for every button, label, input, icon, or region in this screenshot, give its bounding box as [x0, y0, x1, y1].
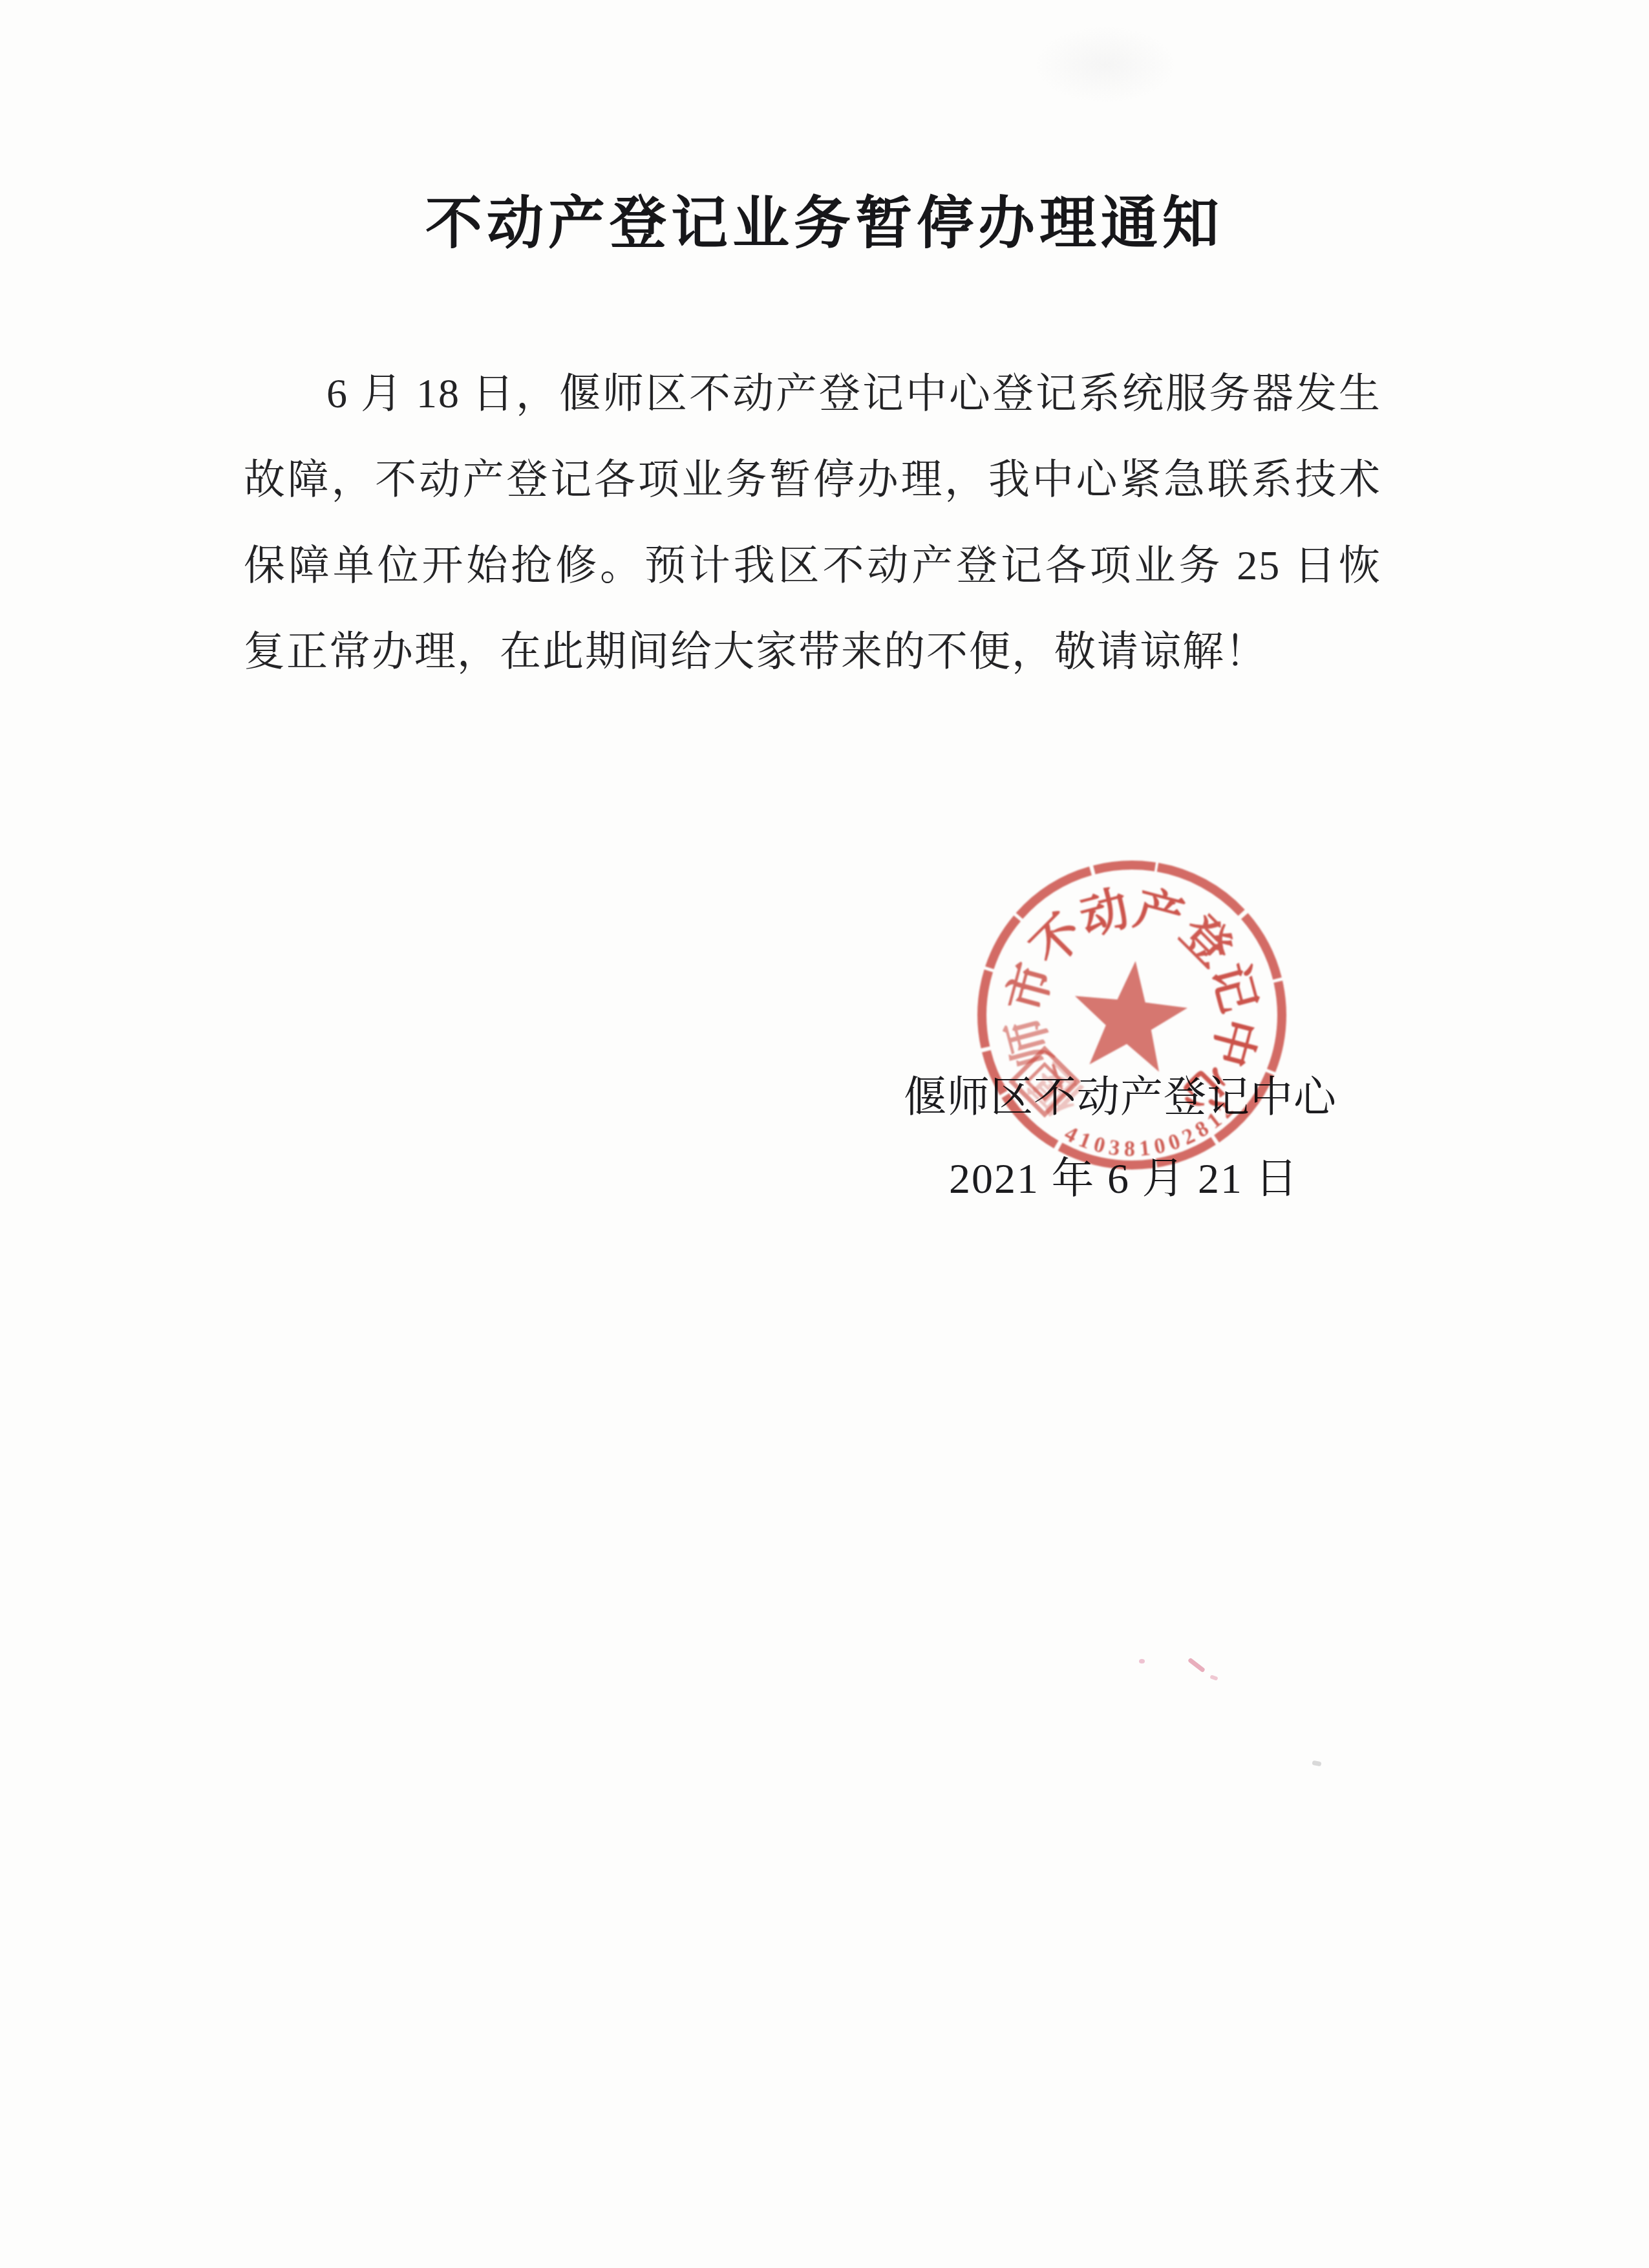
scan-smudge: [1034, 26, 1176, 103]
scan-speck: [1209, 1674, 1218, 1681]
stamp-code-digit: 0: [1152, 1133, 1167, 1159]
body-line-3: 保障单位开始抢修。预计我区不动产登记各项业务 25 日恢: [244, 522, 1381, 608]
body-line-4: 复正常办理，在此期间给大家带来的不便，敬请谅解！: [244, 608, 1381, 694]
stamp-code-digit: 0: [1091, 1132, 1107, 1158]
body-line-1: 6 月 18 日，偃师区不动产登记中心登记系统服务器发生: [244, 350, 1381, 436]
stamp-star-icon: [1068, 955, 1191, 1074]
stamp-code-digit: 1: [1138, 1136, 1151, 1161]
body-line-2: 故障，不动产登记各项业务暂停办理，我中心紧急联系技术: [244, 436, 1381, 522]
notice-title: 不动产登记业务暂停办理通知: [0, 187, 1649, 259]
scanned-notice-page: 不动产登记业务暂停办理通知 6 月 18 日，偃师区不动产登记中心登记系统服务器…: [0, 0, 1649, 2268]
scan-speck: [1187, 1658, 1206, 1673]
notice-body: 6 月 18 日，偃师区不动产登记中心登记系统服务器发生 故障，不动产登记各项业…: [244, 350, 1381, 694]
stamp-code-digit: 3: [1107, 1135, 1122, 1161]
official-stamp: 偃师市不动产登记中心 410381002812: [973, 857, 1290, 1173]
scan-speck: [1139, 1659, 1145, 1664]
stamp-code-digit: 8: [1124, 1137, 1136, 1161]
scan-speck: [1312, 1760, 1321, 1766]
